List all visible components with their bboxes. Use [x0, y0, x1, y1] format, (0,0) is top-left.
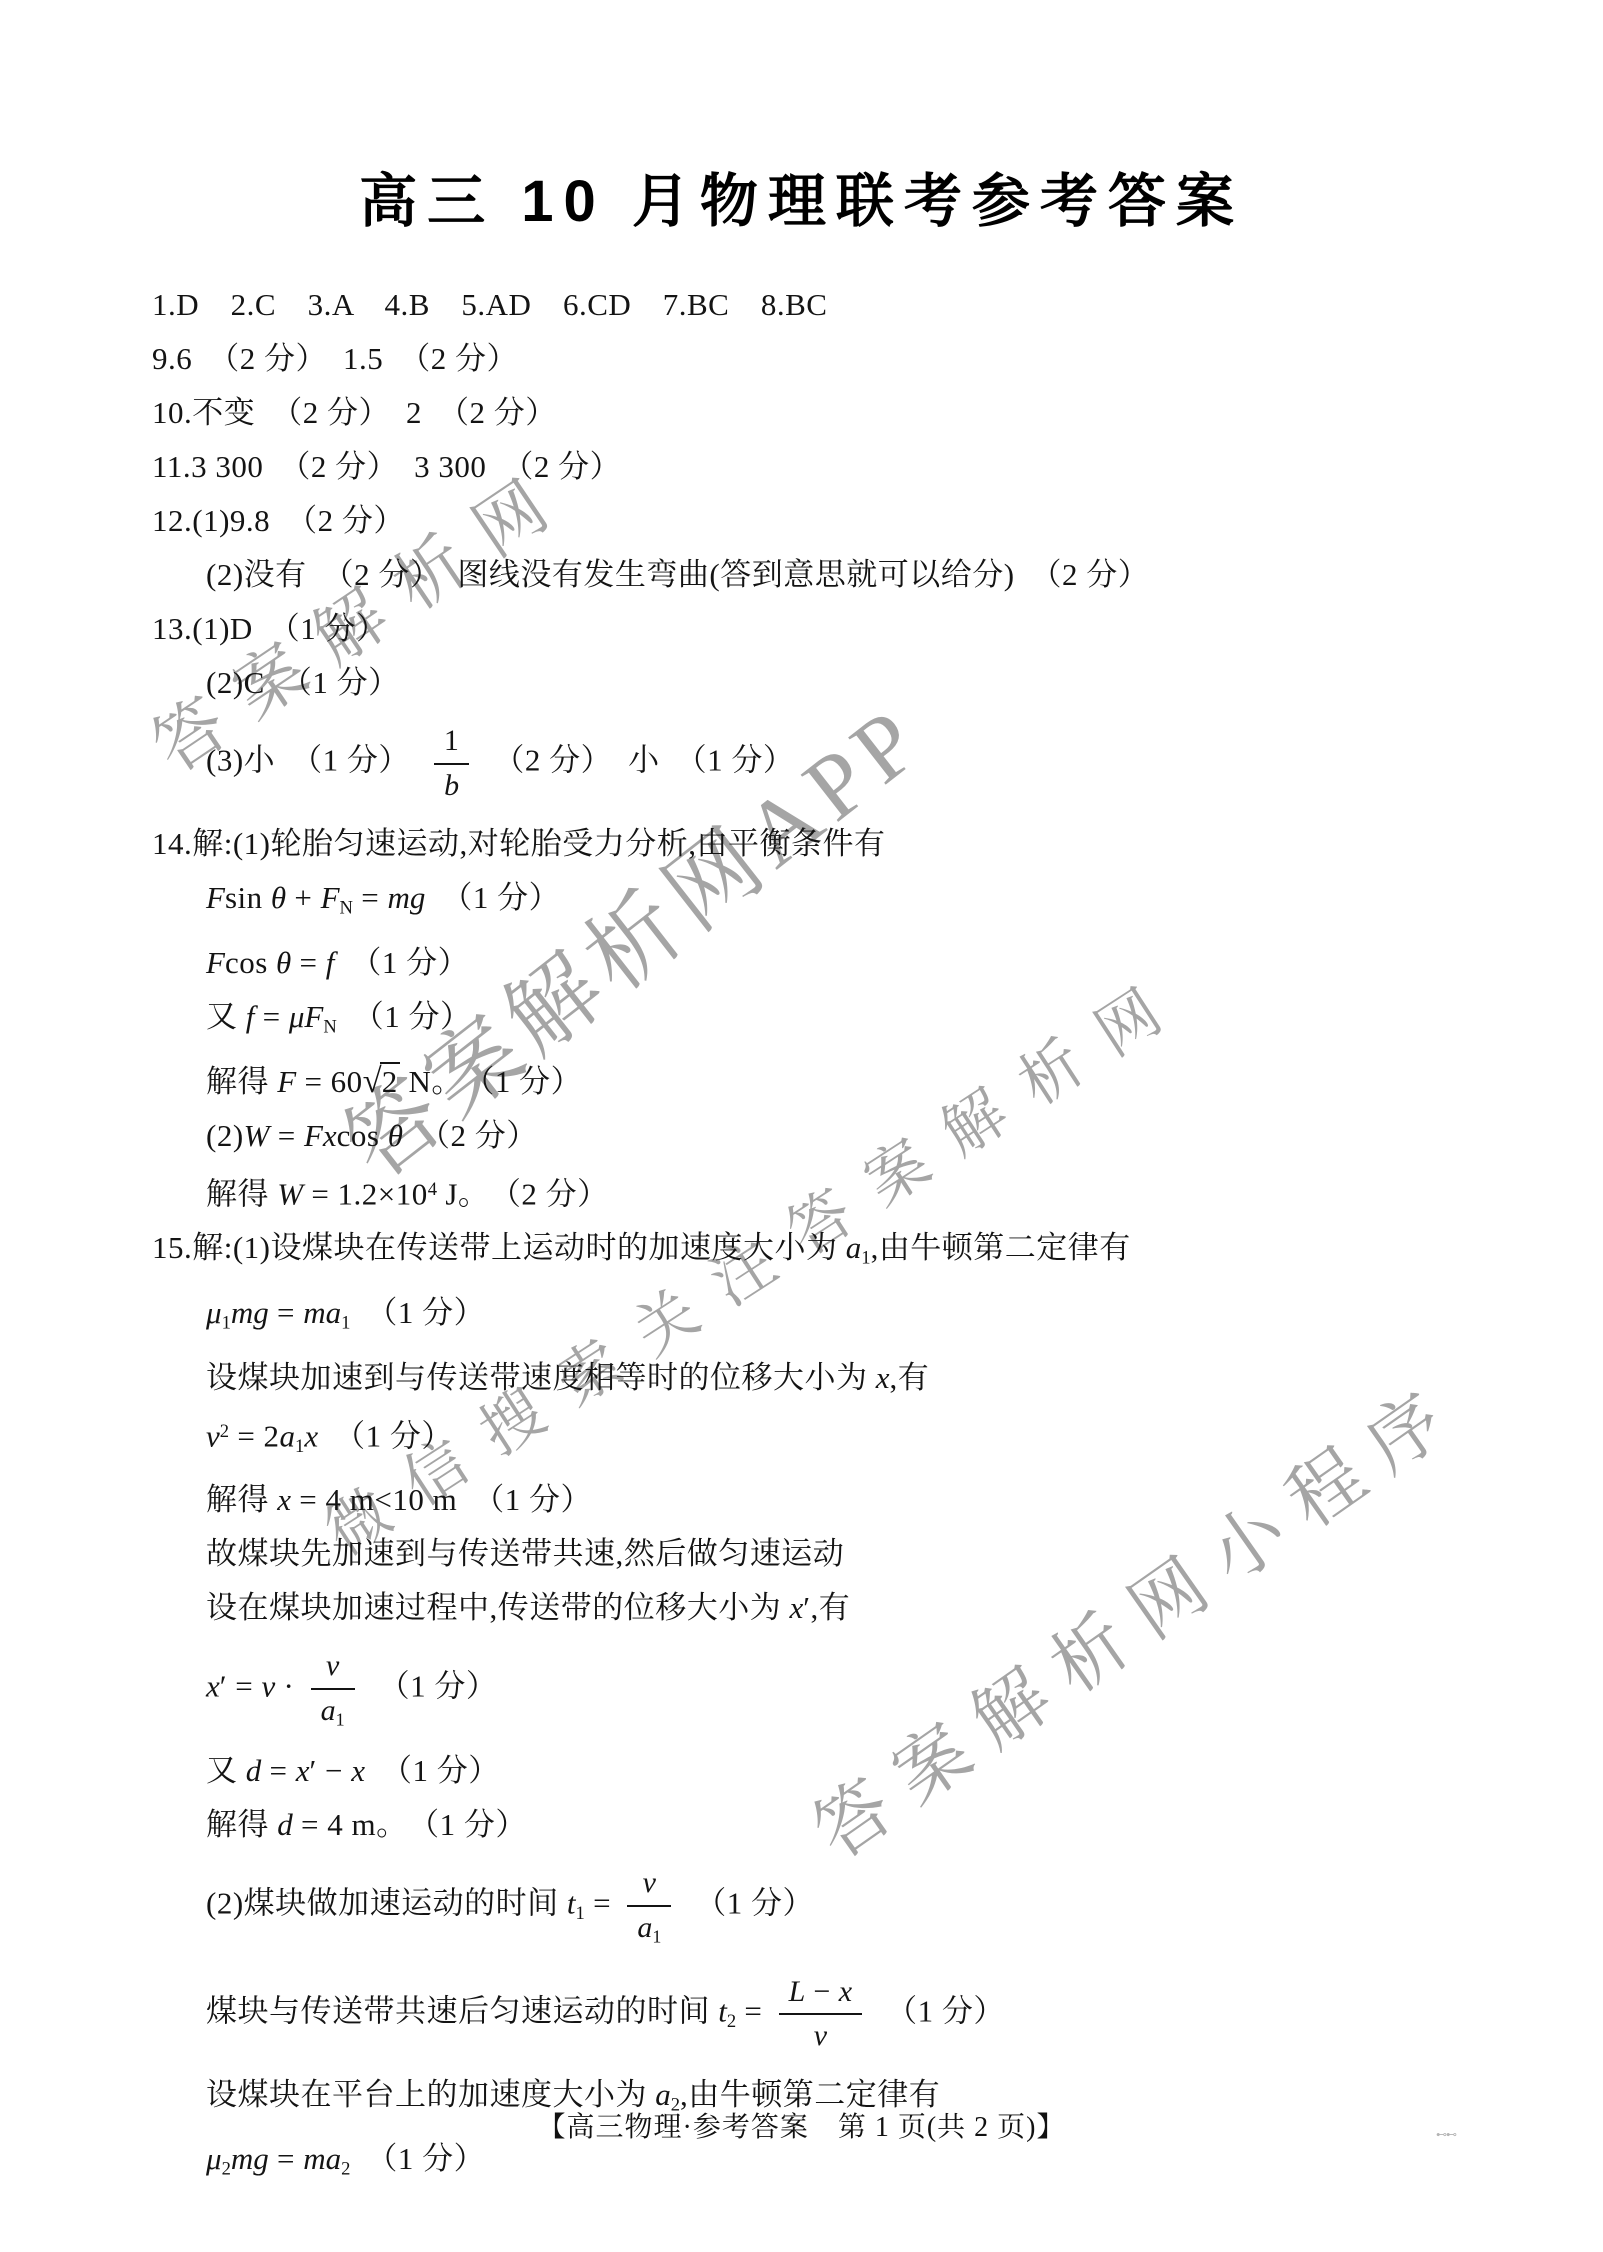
text-segment: ,有	[890, 1360, 930, 1395]
text-segment: +	[286, 880, 320, 915]
subscript: 1	[576, 1903, 585, 1924]
text-segment: (2)C （1 分）	[206, 665, 400, 700]
math-variable: μF	[289, 999, 324, 1034]
text-segment: 14.解:(1)轮胎匀速运动,对轮胎受力分析,由平衡条件有	[152, 826, 886, 861]
text-segment: 解得	[206, 1807, 277, 1842]
math-variable: v	[262, 1669, 276, 1704]
math-variable: mg	[231, 1295, 269, 1330]
math-variable: x	[296, 1753, 310, 1788]
answer-line: (2)W = Fxcos θ （2 分）	[206, 1109, 1603, 1163]
answer-line: 解得 W = 1.2×104 J。 （2 分）	[206, 1163, 1603, 1221]
answer-line: 煤块与传送带共速后匀速运动的时间 t2 = L − xv （1 分）	[206, 1961, 1603, 2068]
text-segment: = 2	[229, 1418, 279, 1453]
text-segment: 13.(1)D （1 分）	[152, 611, 388, 646]
text-segment: 煤块与传送带共速后匀速运动的时间	[206, 1993, 718, 2028]
answer-line: 15.解:(1)设煤块在传送带上运动时的加速度大小为 a1,由牛顿第二定律有	[152, 1221, 1603, 1286]
text-segment: =	[269, 1295, 303, 1330]
text-segment: N。 （1 分）	[400, 1064, 582, 1099]
text-segment: （1 分）	[363, 1669, 498, 1704]
subscript: 1	[336, 1709, 345, 1729]
scan-artifact: ⊷⊷	[1436, 2128, 1456, 2141]
fraction-numerator: 1	[434, 724, 470, 765]
fraction-denominator: a1	[627, 1907, 671, 1947]
fraction: va1	[625, 1852, 673, 1961]
math-variable: a	[637, 1911, 652, 1944]
text-segment: = 60	[296, 1064, 362, 1099]
subscript: 1	[222, 1313, 231, 1334]
math-variable: a	[280, 1418, 296, 1453]
text-segment: (2)	[206, 1118, 244, 1153]
answer-line: Fsin θ + FN = mg （1 分）	[206, 871, 1603, 936]
text-segment: (2)没有 （2 分） 图线没有发生弯曲(答到意思就可以给分) （2 分）	[206, 557, 1149, 592]
text-segment: = 4 m。 （1 分）	[293, 1807, 527, 1842]
fraction: 1b	[432, 710, 472, 817]
subscript: 1	[861, 1248, 870, 1269]
text-segment: cos	[337, 1118, 388, 1153]
text-segment: 10.不变 （2 分） 2 （2 分）	[152, 395, 557, 430]
document-page: 答案解析网答案解析网APP微信搜索关注答案解析网答案解析网小程序 高三 10 月…	[0, 0, 1603, 2252]
math-variable: F	[277, 1064, 296, 1099]
answer-line: 9.6 （2 分） 1.5 （2 分）	[152, 332, 1603, 386]
text-segment: ,由牛顿第二定律有	[871, 1230, 1131, 1265]
math-variable: b	[444, 769, 459, 802]
math-variable: W	[244, 1118, 270, 1153]
text-segment: 故煤块先加速到与传送带共速,然后做匀速运动	[206, 1536, 844, 1571]
text-segment: =	[585, 1885, 619, 1920]
text-segment: （1 分）	[337, 999, 472, 1034]
math-variable: x	[876, 1360, 890, 1395]
text-segment: =	[291, 945, 325, 980]
fraction-denominator: b	[434, 765, 470, 804]
math-variable: x	[790, 1590, 804, 1625]
math-variable: μ	[206, 1295, 222, 1330]
subscript: 2	[727, 2011, 736, 2032]
text-segment: （2 分） 小 （1 分）	[477, 743, 794, 778]
text-segment: ′,有	[803, 1590, 850, 1625]
text-segment: =	[353, 880, 387, 915]
math-variable: F	[206, 945, 225, 980]
text-segment: 又	[206, 1753, 246, 1788]
math-variable: x	[206, 1669, 220, 1704]
radicand: 2	[380, 1062, 401, 1099]
answer-line: 设煤块加速到与传送带速度相等时的位移大小为 x,有	[206, 1351, 1603, 1405]
math-variable: x	[277, 1482, 291, 1517]
math-variable: t	[718, 1993, 727, 2028]
text-segment: =	[269, 1118, 303, 1153]
math-variable: θ	[271, 880, 286, 915]
text-segment: （1 分）	[425, 880, 560, 915]
math-variable: W	[277, 1176, 303, 1211]
footer-text: 【高三物理·参考答案 第 1 页(共 2 页)】	[538, 2112, 1066, 2143]
text-segment: 11.3 300 （2 分） 3 300 （2 分）	[152, 449, 621, 484]
text-segment: 1	[444, 724, 460, 757]
math-variable: ma	[303, 1295, 341, 1330]
answer-line: 又 d = x′ − x （1 分）	[206, 1744, 1603, 1798]
fraction-denominator: v	[779, 2015, 862, 2054]
text-segment: （2 分）	[403, 1118, 538, 1153]
text-segment: （1 分）	[318, 1418, 453, 1453]
answer-line: 又 f = μFN （1 分）	[206, 990, 1603, 1055]
text-segment: 12.(1)9.8 （2 分）	[152, 503, 405, 538]
math-variable: v	[326, 1649, 339, 1682]
answer-line: 13.(1)D （1 分）	[152, 602, 1603, 656]
answer-line: v2 = 2a1x （1 分）	[206, 1405, 1603, 1474]
answer-line: (3)小 （1 分） 1b （2 分） 小 （1 分）	[206, 710, 1603, 817]
math-variable: a	[321, 1694, 336, 1727]
math-variable: mg	[387, 880, 425, 915]
subscript: N	[323, 1016, 336, 1037]
math-variable: F	[321, 880, 340, 915]
text-segment: 1.D 2.C 3.A 4.B 5.AD 6.CD 7.BC 8.BC	[152, 287, 827, 322]
sqrt-expression: √2	[363, 1064, 401, 1099]
text-segment: =	[736, 1993, 770, 2028]
answer-line: (2)C （1 分）	[206, 656, 1603, 710]
fraction-denominator: a1	[311, 1690, 355, 1730]
text-segment: （1 分）	[334, 945, 469, 980]
text-segment: (2)煤块做加速运动的时间	[206, 1885, 567, 1920]
superscript: 2	[220, 1421, 229, 1442]
math-variable: d	[246, 1753, 262, 1788]
text-segment: 又	[206, 999, 246, 1034]
answer-line: 1.D 2.C 3.A 4.B 5.AD 6.CD 7.BC 8.BC	[152, 278, 1603, 332]
text-segment: 设煤块加速到与传送带速度相等时的位移大小为	[206, 1360, 876, 1395]
math-variable: x	[351, 1753, 365, 1788]
text-segment: 设在煤块加速过程中,传送带的位移大小为	[206, 1590, 790, 1625]
text-segment: （1 分）	[365, 1753, 500, 1788]
answer-line: (2)没有 （2 分） 图线没有发生弯曲(答到意思就可以给分) （2 分）	[206, 548, 1603, 602]
math-variable: v	[643, 1866, 656, 1899]
text-segment: −	[805, 1975, 838, 2008]
text-segment: 解得	[206, 1064, 277, 1099]
fraction: L − xv	[777, 1961, 864, 2068]
fraction-numerator: v	[627, 1866, 671, 1907]
answer-line: 故煤块先加速到与传送带共速,然后做匀速运动	[206, 1527, 1603, 1581]
text-segment: 9.6 （2 分） 1.5 （2 分）	[152, 341, 518, 376]
text-segment: J。 （2 分）	[437, 1176, 609, 1211]
superscript: 4	[428, 1179, 437, 1200]
text-segment: 15.解:(1)设煤块在传送带上运动时的加速度大小为	[152, 1230, 846, 1265]
answer-line: 解得 d = 4 m。 （1 分）	[206, 1798, 1603, 1852]
fraction-numerator: L − x	[779, 1975, 862, 2016]
answer-line: 解得 F = 60√2 N。 （1 分）	[206, 1054, 1603, 1109]
math-variable: x	[304, 1418, 318, 1453]
answer-line: Fcos θ = f （1 分）	[206, 936, 1603, 990]
answer-line: 设在煤块加速过程中,传送带的位移大小为 x′,有	[206, 1581, 1603, 1635]
math-variable: v	[206, 1418, 220, 1453]
answer-line: 14.解:(1)轮胎匀速运动,对轮胎受力分析,由平衡条件有	[152, 817, 1603, 871]
fraction-numerator: v	[311, 1649, 355, 1690]
answer-line: (2)煤块做加速运动的时间 t1 = va1 （1 分）	[206, 1852, 1603, 1961]
subscript: 1	[295, 1435, 304, 1456]
text-segment: sin	[225, 880, 271, 915]
math-variable: Fx	[304, 1118, 337, 1153]
text-segment: (3)小 （1 分）	[206, 743, 426, 778]
text-segment: = 1.2×10	[303, 1176, 428, 1211]
math-variable: θ	[276, 945, 291, 980]
subscript: 2	[222, 2159, 231, 2180]
answer-line: x′ = v · va1 （1 分）	[206, 1635, 1603, 1744]
subscript: N	[340, 898, 353, 919]
math-variable: F	[206, 880, 225, 915]
text-segment: ′ −	[310, 1753, 352, 1788]
text-segment: （1 分）	[350, 1295, 485, 1330]
answer-line: 12.(1)9.8 （2 分）	[152, 494, 1603, 548]
math-variable: x	[839, 1975, 852, 2008]
text-segment: （1 分）	[679, 1885, 814, 1920]
radical-icon: √	[363, 1061, 382, 1100]
answer-line: 11.3 300 （2 分） 3 300 （2 分）	[152, 440, 1603, 494]
math-variable: θ	[388, 1118, 403, 1153]
text-segment: = 4 m<10 m （1 分）	[291, 1482, 592, 1517]
text-segment: （1 分）	[870, 1993, 1005, 2028]
text-segment: ·	[275, 1669, 302, 1704]
text-segment: ′ =	[220, 1669, 262, 1704]
subscript: 1	[652, 1926, 661, 1946]
text-segment: =	[254, 999, 288, 1034]
answer-lines: 1.D 2.C 3.A 4.B 5.AD 6.CD 7.BC 8.BC9.6 （…	[0, 278, 1603, 2197]
text-segment: =	[261, 1753, 295, 1788]
math-variable: a	[846, 1230, 862, 1265]
answer-line: μ1mg = ma1 （1 分）	[206, 1286, 1603, 1351]
math-variable: d	[277, 1807, 293, 1842]
fraction: va1	[309, 1635, 357, 1744]
text-segment: 解得	[206, 1482, 277, 1517]
answer-line: 10.不变 （2 分） 2 （2 分）	[152, 386, 1603, 440]
page-title: 高三 10 月物理联考参考答案	[0, 162, 1603, 242]
math-variable: t	[567, 1885, 576, 1920]
math-variable: v	[814, 2019, 827, 2052]
page-footer: 【高三物理·参考答案 第 1 页(共 2 页)】	[0, 2106, 1603, 2150]
answer-line: 解得 x = 4 m<10 m （1 分）	[206, 1473, 1603, 1527]
text-segment: 解得	[206, 1176, 277, 1211]
math-variable: L	[789, 1975, 806, 2008]
text-segment: cos	[225, 945, 276, 980]
